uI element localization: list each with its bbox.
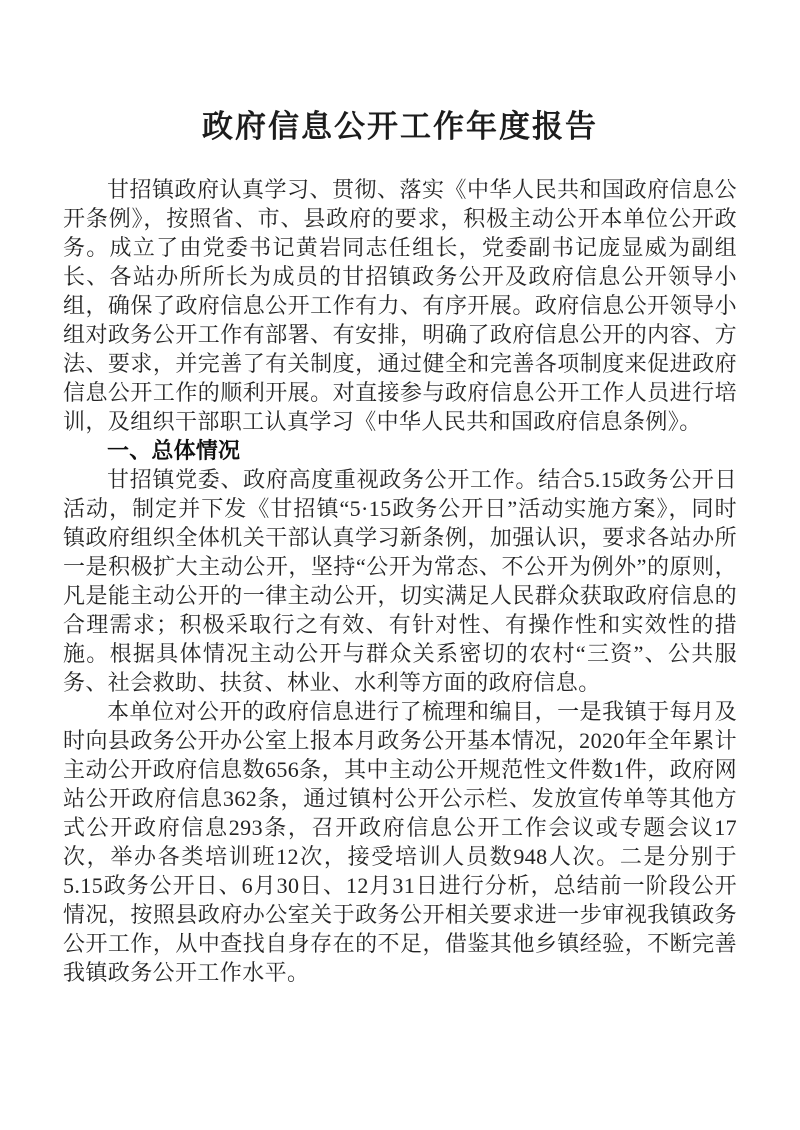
- document-body: 甘招镇政府认真学习、贯彻、落实《中华人民共和国政府信息公开条例》，按照省、市、县…: [63, 175, 737, 987]
- document-title: 政府信息公开工作年度报告: [63, 106, 737, 148]
- document-page: 政府信息公开工作年度报告 甘招镇政府认真学习、贯彻、落实《中华人民共和国政府信息…: [0, 0, 800, 1130]
- body-paragraph: 甘招镇政府认真学习、贯彻、落实《中华人民共和国政府信息公开条例》，按照省、市、县…: [63, 175, 737, 436]
- body-paragraph: 甘招镇党委、政府高度重视政务公开工作。结合5.15政务公开日活动，制定并下发《甘…: [63, 465, 737, 697]
- body-paragraph: 本单位对公开的政府信息进行了梳理和编目，一是我镇于每月及时向县政务公开办公室上报…: [63, 697, 737, 987]
- section-heading: 一、总体情况: [63, 436, 737, 465]
